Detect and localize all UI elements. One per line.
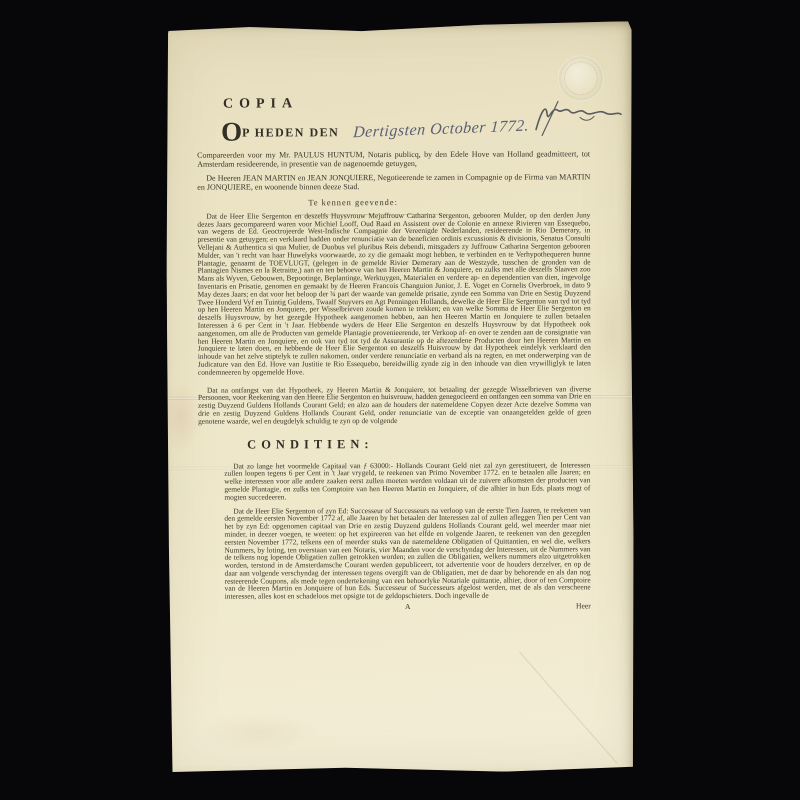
notary-appearance-paragraph: Compareerden voor my Mr. PAULUS HUNTUM, …: [197, 150, 590, 169]
document-content: COPIA OP HEDEN DEN Dertigsten October 17…: [166, 21, 635, 773]
recital-hypothec-paragraph: Dat de Heer Elie Sergenton en deszelfs H…: [197, 211, 591, 376]
condition-redemption-paragraph: Dat de Heer Elie Sergenton of zyn Ed: Su…: [224, 506, 590, 601]
document-paper: COPIA OP HEDEN DEN Dertigsten October 17…: [166, 21, 635, 773]
signature-catchword-row: A Heer: [225, 601, 591, 612]
printed-date-prefix: P HEDEN DEN: [242, 125, 339, 139]
opening-date-line: OP HEDEN DEN Dertigsten October 1772.: [221, 120, 591, 141]
photo-of-document: { "scene": { "background_color": "#07070…: [0, 0, 800, 800]
copia-heading: COPIA: [223, 95, 591, 112]
gathering-mark: A: [225, 601, 591, 611]
drop-capital-O: O: [221, 117, 242, 147]
handwritten-date: Dertigsten October 1772.: [353, 117, 530, 142]
conditien-heading: CONDITIEN:: [247, 436, 592, 452]
condition-interest-paragraph: Dat zo lange het voormelde Capitaal van …: [224, 461, 590, 501]
catchword: Heer: [576, 601, 591, 610]
recital-receipt-paragraph: Dat na ontfangst van dat Hypotheek, zy H…: [198, 385, 591, 425]
salutation-line: Te kennen geevende:: [308, 197, 591, 207]
parties-paragraph: De Heeren JEAN MARTIN en JEAN JONQUIERE,…: [197, 174, 590, 193]
